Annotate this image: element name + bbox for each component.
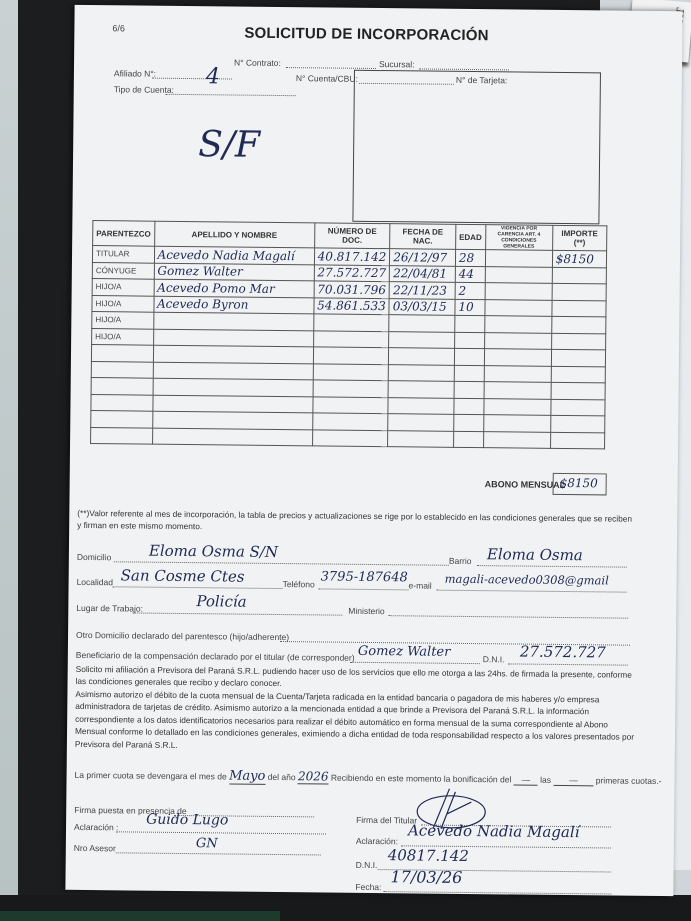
cell-relation: CÓNYUGE [92, 262, 154, 279]
cell-vigencia[interactable] [484, 365, 551, 382]
barrio-label: Barrio [449, 556, 472, 566]
cell-name[interactable]: Gomez Walter [154, 263, 314, 281]
cell-birth[interactable] [389, 348, 455, 365]
email-value: magali-acevedo0308@gmail [445, 572, 609, 588]
cell-name[interactable]: Acevedo Pomo Mar [154, 279, 314, 297]
cell-vigencia[interactable] [485, 266, 552, 283]
cell-relation: HIJO/A [92, 279, 154, 296]
cell-name[interactable]: Acevedo Byron [153, 296, 313, 314]
col-header-parentezco: PARENTEZCO [93, 221, 155, 247]
abono-mensual-box[interactable]: $8150 [553, 473, 607, 496]
cell-doc[interactable] [313, 330, 389, 347]
domicilio-label: Domicilio [77, 552, 112, 562]
col-header-edad: EDAD [455, 224, 485, 249]
footnote: (**)Valor referente al mes de incorporac… [77, 507, 637, 537]
cell-importe[interactable] [550, 415, 604, 432]
cell-doc[interactable] [313, 363, 389, 380]
cell-name[interactable] [153, 378, 313, 396]
beneficiario-dni-label: D.N.I. [483, 654, 505, 664]
telefono-label: Teléfono [283, 579, 315, 589]
cell-birth[interactable]: 22/04/81 [390, 265, 456, 282]
cell-doc[interactable] [312, 396, 388, 413]
cell-birth[interactable] [389, 315, 455, 332]
cell-age[interactable]: 28 [455, 249, 485, 266]
cell-relation [91, 411, 153, 428]
cell-doc[interactable] [312, 429, 388, 446]
cell-relation [91, 345, 153, 362]
tipo-cuenta-field[interactable] [166, 94, 296, 96]
cell-name[interactable] [153, 362, 313, 380]
cell-relation [91, 378, 153, 395]
cell-name[interactable] [152, 428, 312, 446]
email-field[interactable] [437, 590, 627, 593]
background-left [0, 0, 18, 921]
contrato-label: N° Contrato: [234, 58, 281, 68]
cell-doc[interactable] [313, 347, 389, 364]
email-label: e-mail [409, 580, 432, 590]
cell-name[interactable] [153, 312, 313, 330]
aclaracion-right-value: Acevedo Nadia Magalí [408, 821, 580, 841]
afiliado-label: Afiliado N°: [114, 68, 156, 78]
col-header-vigencia: VIGENCIA POR CARENCIA ART. 4 CONDICIONES… [485, 225, 552, 251]
cell-vigencia[interactable] [484, 349, 551, 366]
localidad-value: San Cosme Ctes [121, 566, 245, 585]
asesor-field[interactable] [116, 852, 321, 855]
cell-relation: TITULAR [92, 246, 154, 263]
first-payment-line: La primer cuota se devengara el mes de M… [75, 767, 662, 788]
cell-vigencia[interactable] [485, 283, 552, 300]
domicilio-field[interactable] [114, 561, 449, 566]
cell-birth[interactable]: 22/11/23 [389, 282, 455, 299]
cell-relation [91, 394, 153, 411]
cell-importe[interactable] [551, 349, 605, 366]
bonus-field[interactable]: — [514, 774, 538, 785]
beneficiario-field[interactable] [350, 662, 480, 664]
cell-age[interactable] [454, 332, 484, 349]
cell-relation [91, 361, 153, 378]
trabajo-field[interactable] [132, 612, 342, 615]
cell-importe[interactable] [551, 399, 605, 416]
aclaracion-right-label: Aclaración: [356, 836, 398, 846]
aclaracion-left-field[interactable] [116, 831, 326, 834]
cell-name[interactable] [153, 329, 313, 347]
beneficiario-dni-field[interactable] [508, 663, 628, 665]
cell-importe[interactable] [551, 333, 605, 350]
application-form-page: 6/6 SOLICITUD DE INCORPORACIÓN Afiliado … [65, 5, 682, 896]
ministerio-field[interactable] [388, 615, 628, 619]
barrio-field[interactable] [477, 565, 627, 568]
cell-doc[interactable] [312, 413, 388, 430]
cell-relation [91, 427, 153, 444]
legal-paragraph-2: Asimismo autorizo el débito de la cuota … [75, 688, 641, 756]
barrio-value: Eloma Osma [487, 545, 583, 564]
cell-name[interactable]: Acevedo Nadia Magalí [154, 246, 314, 264]
cell-doc[interactable]: 27.572.727 [314, 264, 390, 281]
domicilio-value: Eloma Osma S/N [149, 542, 278, 561]
cell-name[interactable] [152, 411, 312, 429]
contrato-field[interactable] [286, 67, 376, 69]
cell-vigencia[interactable] [483, 398, 550, 415]
family-table: PARENTEZCO APELLIDO Y NOMBRE NÚMERO DE D… [90, 220, 607, 449]
ministerio-label: Ministerio [348, 606, 384, 616]
cell-age[interactable] [454, 348, 484, 365]
cell-vigencia[interactable] [485, 250, 552, 267]
cell-birth[interactable]: 26/12/97 [390, 249, 456, 266]
cell-birth[interactable] [388, 397, 454, 414]
cell-birth[interactable] [388, 414, 454, 431]
cell-relation: HIJO/A [92, 295, 154, 312]
cell-age[interactable]: 2 [455, 282, 485, 299]
aclaracion-left-value: Guido Lugo [146, 812, 228, 829]
cell-age[interactable] [454, 398, 484, 415]
telefono-field[interactable] [319, 588, 409, 590]
cell-vigencia[interactable] [484, 332, 551, 349]
cell-age[interactable] [454, 414, 484, 431]
cell-birth[interactable] [389, 331, 455, 348]
localidad-label: Localidad [77, 577, 113, 587]
fecha-label: Fecha: [355, 882, 381, 892]
beneficiario-label: Beneficiario de la compensación declarad… [76, 650, 355, 663]
trabajo-value: Policía [196, 592, 246, 611]
cell-relation: HIJO/A [92, 328, 154, 345]
cell-importe[interactable] [551, 382, 605, 399]
cell-doc[interactable] [313, 314, 389, 331]
col-header-doc: NÚMERO DE DOC. [314, 223, 390, 249]
first-payment-year[interactable]: 2026 [298, 769, 329, 784]
telefono-value: 3795-187648 [321, 569, 408, 585]
asesor-label: Nro Asesor [74, 843, 116, 853]
page-number: 6/6 [112, 23, 125, 33]
cell-doc[interactable]: 40.817.142 [314, 248, 390, 265]
cell-doc[interactable]: 70.031.796 [314, 281, 390, 298]
background-bottom [0, 895, 691, 921]
cell-vigencia[interactable] [484, 316, 551, 333]
cell-relation: HIJO/A [92, 312, 154, 329]
otro-domicilio-label: Otro Domicilio declarado del parentesco … [76, 630, 289, 642]
cell-age[interactable] [454, 365, 484, 382]
cell-importe[interactable] [552, 267, 606, 284]
cell-vigencia[interactable] [484, 299, 551, 316]
col-header-nombre: APELLIDO Y NOMBRE [154, 221, 314, 248]
cell-importe[interactable] [552, 316, 606, 333]
cell-importe[interactable] [552, 300, 606, 317]
cell-doc[interactable]: 54.861.533 [314, 297, 390, 314]
cell-age[interactable]: 10 [455, 299, 485, 316]
cell-vigencia[interactable] [483, 431, 550, 448]
beneficiario-dni-value: 27.572.727 [520, 643, 606, 662]
beneficiario-value: Gomez Walter [358, 644, 451, 660]
abono-mensual-value: $8150 [560, 476, 598, 490]
cuenta-cbu-label: N° Cuenta/CBU: [296, 73, 358, 84]
asesor-value: GN [196, 836, 218, 851]
cell-importe[interactable] [552, 283, 606, 300]
localidad-field[interactable] [113, 586, 283, 589]
cell-birth[interactable] [389, 364, 455, 381]
titular-dni-label: D.N.I. [356, 860, 378, 870]
col-header-fecha: FECHA DE NAC. [390, 224, 456, 250]
photo-box [352, 70, 601, 225]
cell-vigencia[interactable] [483, 415, 550, 432]
cell-name[interactable] [152, 395, 312, 413]
first-payment-month[interactable]: Mayo [229, 769, 265, 785]
tipo-cuenta-value: 4 [206, 64, 220, 89]
cell-age[interactable] [455, 315, 485, 332]
cell-age[interactable] [454, 381, 484, 398]
cell-age[interactable] [453, 431, 483, 448]
cell-importe[interactable]: $8150 [552, 250, 606, 267]
cell-vigencia[interactable] [484, 382, 551, 399]
aclaracion-left-label: Aclaración : [74, 822, 119, 832]
cuotas-field[interactable]: — [553, 775, 593, 786]
fecha-value: 17/03/26 [390, 867, 462, 887]
cell-birth[interactable] [388, 430, 454, 447]
cell-age[interactable]: 44 [455, 266, 485, 283]
cell-importe[interactable] [551, 366, 605, 383]
cell-name[interactable] [153, 345, 313, 363]
fecha-field[interactable] [383, 891, 611, 894]
sucursal-label: Sucursal: [379, 59, 415, 69]
cell-birth[interactable] [388, 381, 454, 398]
handwritten-sf: S/F [198, 124, 260, 166]
form-title: SOLICITUD DE INCORPORACIÓN [244, 25, 489, 45]
col-header-importe: IMPORTE (**) [552, 225, 606, 251]
cell-doc[interactable] [313, 380, 389, 397]
cell-birth[interactable]: 03/03/15 [389, 298, 455, 315]
cell-importe[interactable] [550, 432, 604, 449]
titular-dni-value: 40817.142 [388, 846, 469, 865]
